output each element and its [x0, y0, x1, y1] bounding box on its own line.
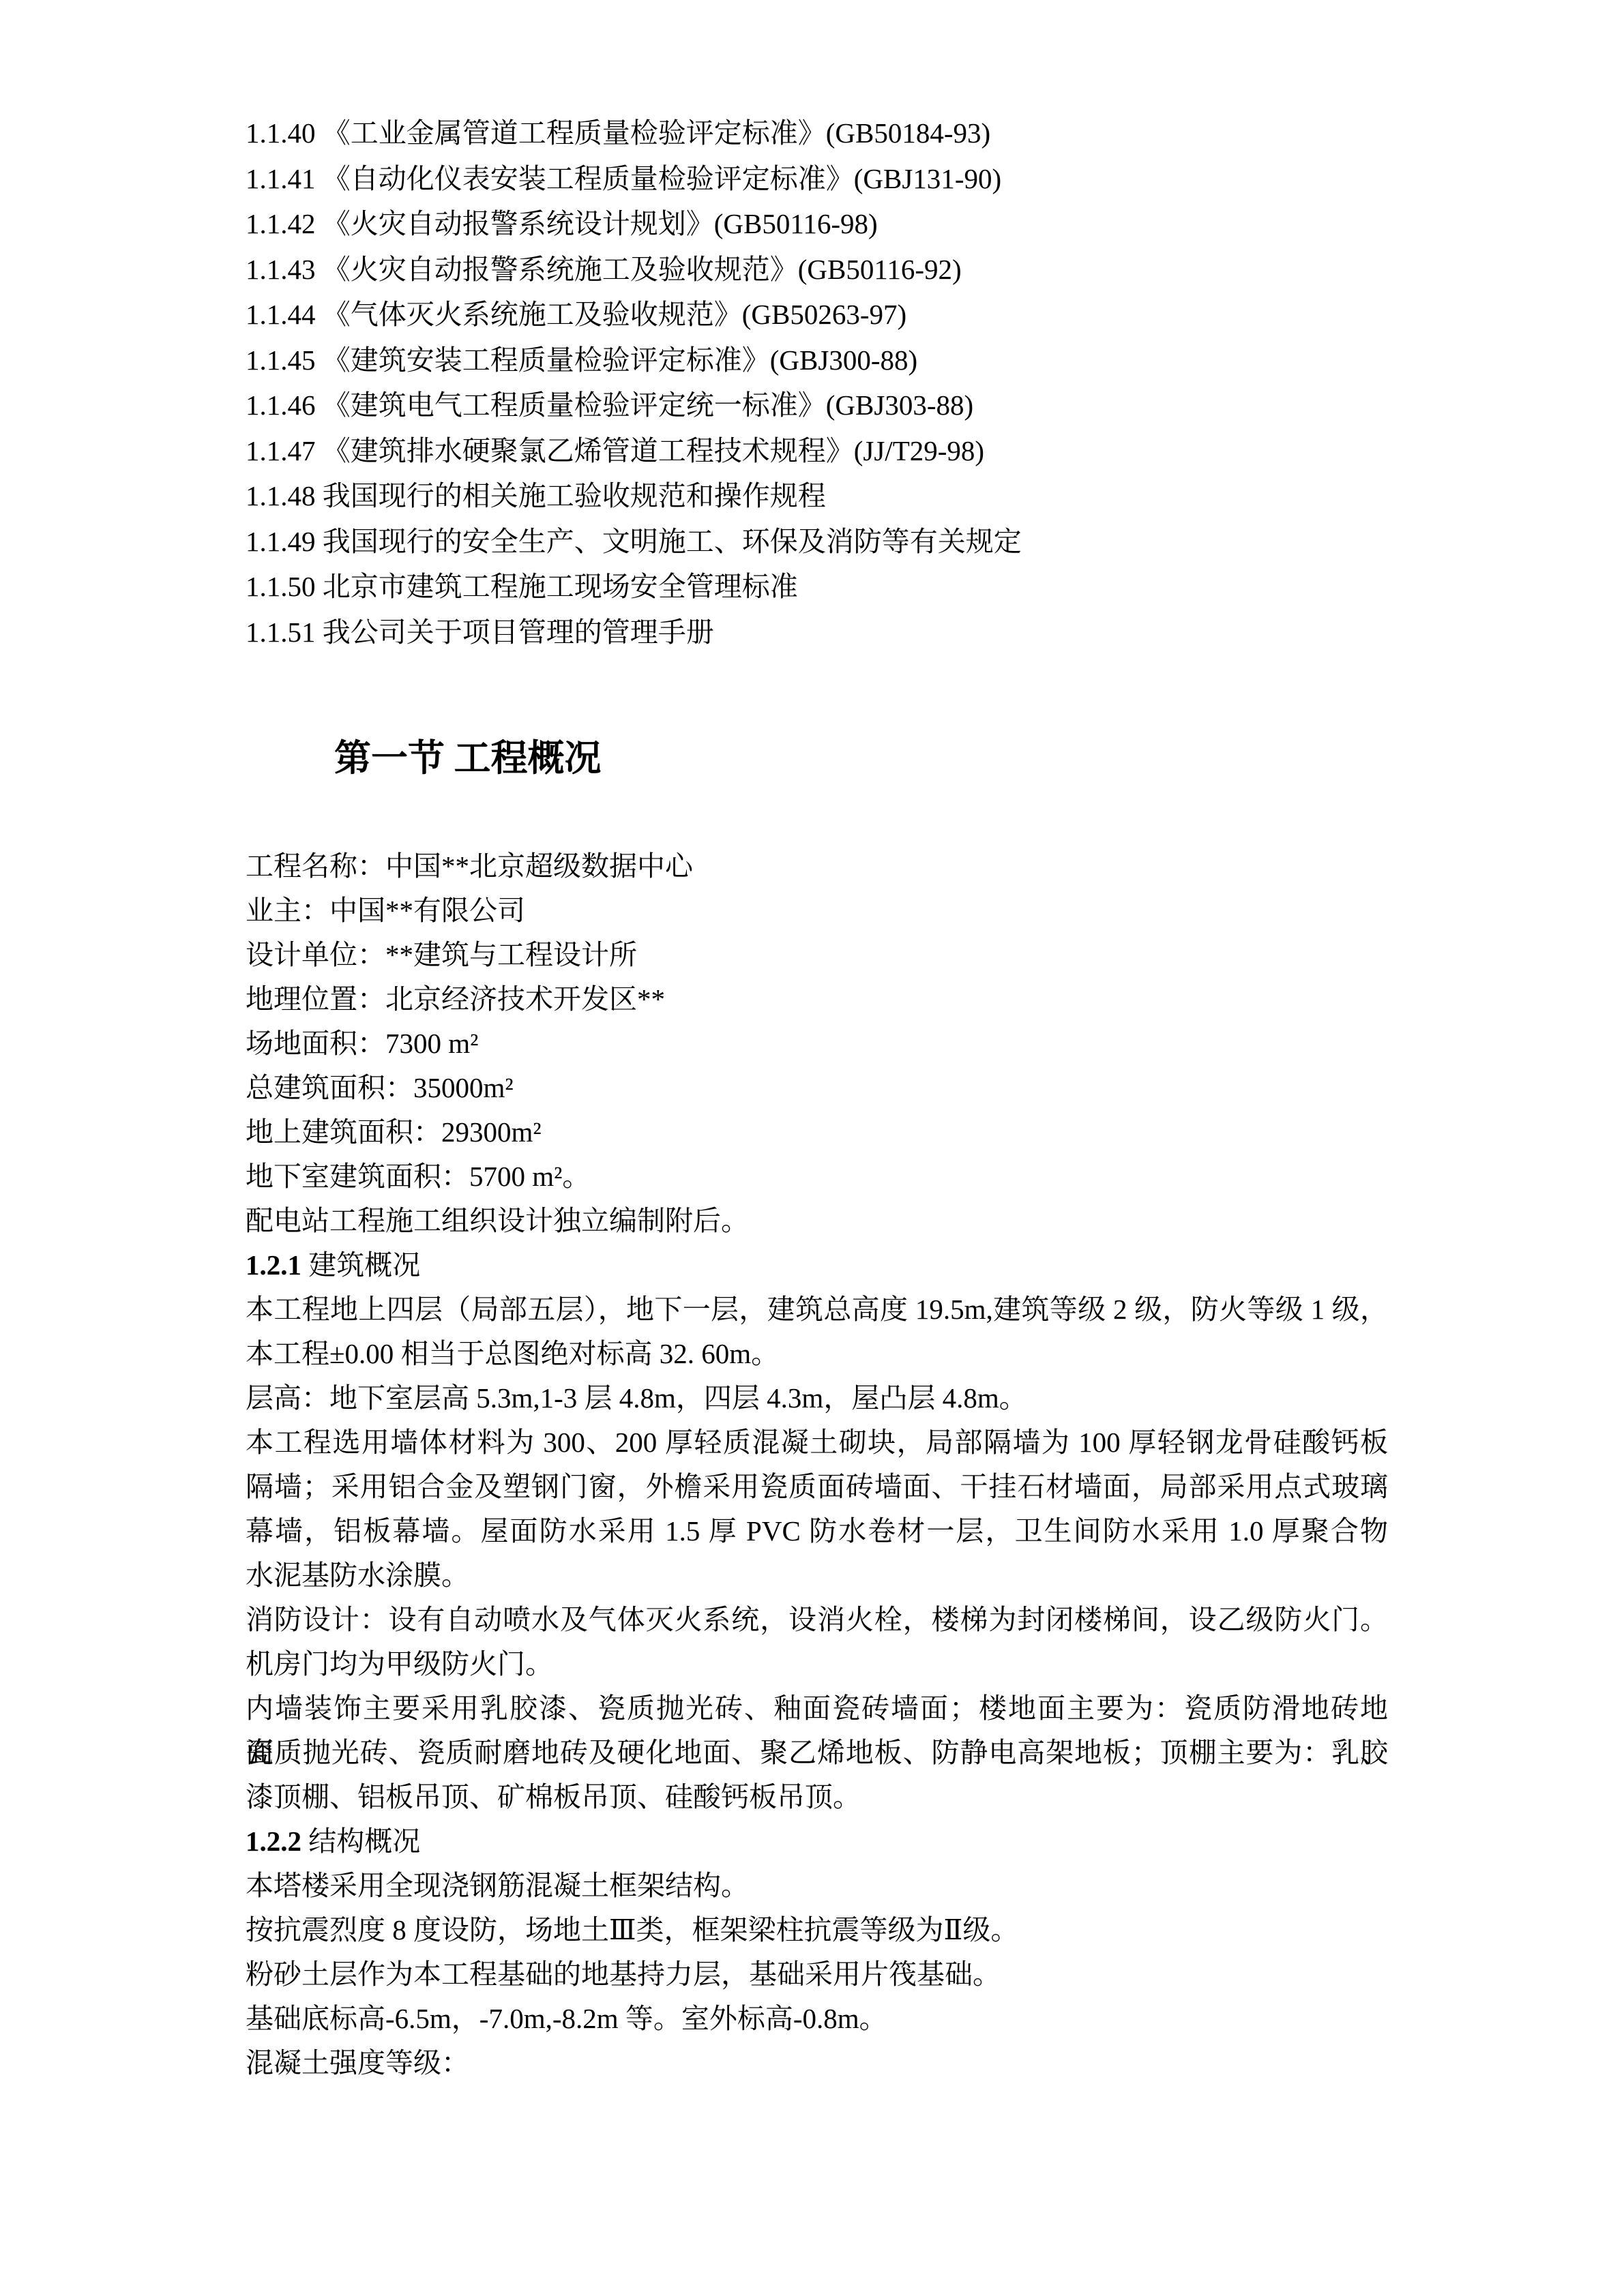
paragraph-line: 地下室建筑面积：5700 m²。: [246, 1154, 1388, 1199]
paragraph-line: 混凝土强度等级：: [246, 2041, 1388, 2085]
paragraph-line: 地上建筑面积：29300m²: [246, 1110, 1388, 1154]
body-paragraphs: 工程名称：中国**北京超级数据中心业主：中国**有限公司设计单位：**建筑与工程…: [246, 844, 1388, 2085]
section-heading: 第一节 工程概况: [334, 731, 602, 786]
paragraph-line: 1.2.2 结构概况: [246, 1819, 1388, 1864]
reference-item: 1.1.42 《火灾自动报警系统设计规划》(GB50116-98): [246, 201, 1388, 247]
paragraph-line: 隔墙；采用铝合金及塑钢门窗，外檐采用瓷质面砖墙面、干挂石材墙面，局部采用点式玻璃: [246, 1465, 1388, 1509]
reference-item: 1.1.41 《自动化仪表安装工程质量检验评定标准》(GBJ131-90): [246, 156, 1388, 202]
paragraph-line: 本工程选用墙体材料为 300、200 厚轻质混凝土砌块，局部隔墙为 100 厚轻…: [246, 1420, 1388, 1465]
paragraph-line: 工程名称：中国**北京超级数据中心: [246, 844, 1388, 889]
paragraph-line: 场地面积：7300 m²: [246, 1022, 1388, 1066]
reference-standards-list: 1.1.40 《工业金属管道工程质量检验评定标准》(GB50184-93)1.1…: [246, 110, 1388, 655]
subsection-number: 1.2.2: [246, 1825, 301, 1857]
paragraph-line: 本工程地上四层（局部五层），地下一层，建筑总高度 19.5m,建筑等级 2 级，…: [246, 1287, 1388, 1332]
subsection-number: 1.2.1: [246, 1249, 301, 1281]
reference-item: 1.1.43 《火灾自动报警系统施工及验收规范》(GB50116-92): [246, 247, 1388, 293]
paragraph-line: 配电站工程施工组织设计独立编制附后。: [246, 1199, 1388, 1243]
paragraph-line: 地理位置：北京经济技术开发区**: [246, 977, 1388, 1022]
reference-item: 1.1.50 北京市建筑工程施工现场安全管理标准: [246, 564, 1388, 610]
reference-item: 1.1.40 《工业金属管道工程质量检验评定标准》(GB50184-93): [246, 110, 1388, 156]
reference-item: 1.1.45 《建筑安装工程质量检验评定标准》(GBJ300-88): [246, 338, 1388, 383]
reference-item: 1.1.48 我国现行的相关施工验收规范和操作规程: [246, 473, 1388, 519]
reference-item: 1.1.49 我国现行的安全生产、文明施工、环保及消防等有关规定: [246, 519, 1388, 565]
reference-item: 1.1.51 我公司关于项目管理的管理手册: [246, 610, 1388, 655]
paragraph-line: 水泥基防水涂膜。: [246, 1553, 1388, 1598]
paragraph-line: 1.2.1 建筑概况: [246, 1243, 1388, 1287]
paragraph-line: 粉砂土层作为本工程基础的地基持力层，基础采用片筏基础。: [246, 1952, 1388, 1997]
paragraph-line: 总建筑面积：35000m²: [246, 1066, 1388, 1110]
paragraph-line: 内墙装饰主要采用乳胶漆、瓷质抛光砖、釉面瓷砖墙面；楼地面主要为：瓷质防滑地砖地面…: [246, 1686, 1388, 1731]
paragraph-line: 机房门均为甲级防火门。: [246, 1642, 1388, 1686]
paragraph-line: 本工程±0.00 相当于总图绝对标高 32. 60m。: [246, 1332, 1388, 1376]
document-page: 1.1.40 《工业金属管道工程质量检验评定标准》(GB50184-93)1.1…: [0, 0, 1624, 2296]
paragraph-line: 瓷质抛光砖、瓷质耐磨地砖及硬化地面、聚乙烯地板、防静电高架地板；顶棚主要为：乳胶: [246, 1731, 1388, 1775]
reference-item: 1.1.46 《建筑电气工程质量检验评定统一标准》(GBJ303-88): [246, 383, 1388, 428]
reference-item: 1.1.47 《建筑排水硬聚氯乙烯管道工程技术规程》(JJ/T29-98): [246, 428, 1388, 474]
paragraph-line: 幕墙，铝板幕墙。屋面防水采用 1.5 厚 PVC 防水卷材一层，卫生间防水采用 …: [246, 1509, 1388, 1553]
paragraph-line: 漆顶棚、铝板吊顶、矿棉板吊顶、硅酸钙板吊顶。: [246, 1775, 1388, 1819]
paragraph-line: 层高：地下室层高 5.3m,1-3 层 4.8m，四层 4.3m，屋凸层 4.8…: [246, 1376, 1388, 1420]
paragraph-line: 按抗震烈度 8 度设防，场地土Ⅲ类，框架梁柱抗震等级为Ⅱ级。: [246, 1908, 1388, 1952]
reference-item: 1.1.44 《气体灭火系统施工及验收规范》(GB50263-97): [246, 292, 1388, 338]
paragraph-line: 基础底标高-6.5m，-7.0m,-8.2m 等。室外标高-0.8m。: [246, 1997, 1388, 2041]
paragraph-line: 业主：中国**有限公司: [246, 889, 1388, 933]
paragraph-line: 设计单位：**建筑与工程设计所: [246, 933, 1388, 977]
paragraph-line: 本塔楼采用全现浇钢筋混凝土框架结构。: [246, 1864, 1388, 1908]
paragraph-line: 消防设计：设有自动喷水及气体灭火系统，设消火栓，楼梯为封闭楼梯间，设乙级防火门。: [246, 1598, 1388, 1642]
